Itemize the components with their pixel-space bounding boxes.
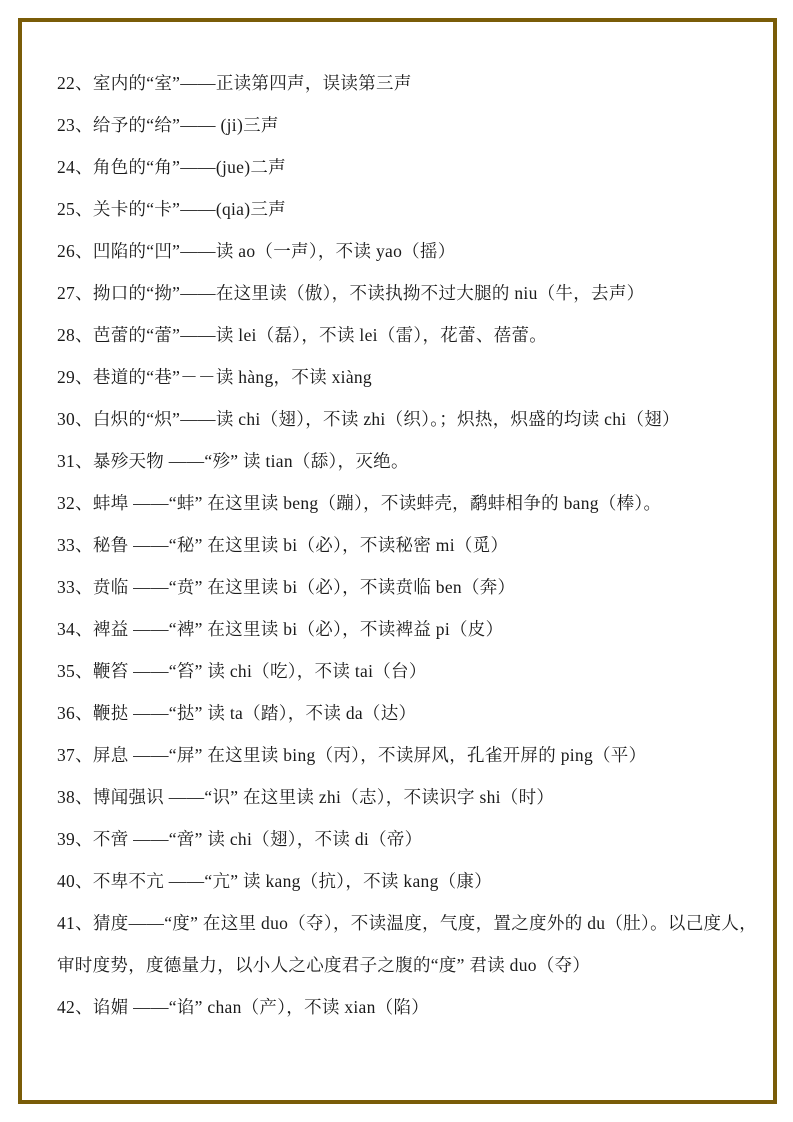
entry-36: 36、鞭挞 ——“挞” 读 ta（踏），不读 da（达） xyxy=(57,692,757,734)
entry-27: 27、拗口的“拗”——在这里读（傲），不读执拗不过大腿的 niu（牛，去声） xyxy=(57,272,757,314)
entry-23: 23、给予的“给”—— (ji)三声 xyxy=(57,104,757,146)
entry-32: 32、蚌埠 ——“蚌” 在这里读 beng（蹦），不读蚌壳，鹬蚌相争的 bang… xyxy=(57,482,757,524)
entry-31: 31、暴殄天物 ——“殄” 读 tian（舔），灭绝。 xyxy=(57,440,757,482)
pronunciation-list: 22、室内的“室”——正读第四声，误读第三声 23、给予的“给”—— (ji)三… xyxy=(57,62,757,1028)
entry-22: 22、室内的“室”——正读第四声，误读第三声 xyxy=(57,62,757,104)
entry-40: 40、不卑不亢 ——“亢” 读 kang（抗），不读 kang（康） xyxy=(57,860,757,902)
entry-33a: 33、秘鲁 ——“秘” 在这里读 bi（必），不读秘密 mi（觅） xyxy=(57,524,757,566)
entry-38: 38、博闻强识 ——“识” 在这里读 zhi（志），不读识字 shi（时） xyxy=(57,776,757,818)
entry-34: 34、裨益 ——“裨” 在这里读 bi（必），不读裨益 pi（皮） xyxy=(57,608,757,650)
entry-35: 35、鞭笞 ——“笞” 读 chi（吃），不读 tai（台） xyxy=(57,650,757,692)
entry-24: 24、角色的“角”——(jue)二声 xyxy=(57,146,757,188)
entry-37: 37、屏息 ——“屏” 在这里读 bing（丙），不读屏风，孔雀开屏的 ping… xyxy=(57,734,757,776)
entry-26: 26、凹陷的“凹”——读 ao（一声），不读 yao（摇） xyxy=(57,230,757,272)
entry-42: 42、谄媚 ——“谄” chan（产），不读 xian（陷） xyxy=(57,986,757,1028)
entry-30: 30、白炽的“炽”——读 chi（翅），不读 zhi（织）。；炽热，炽盛的均读 … xyxy=(57,398,757,440)
entry-25: 25、关卡的“卡”——(qia)三声 xyxy=(57,188,757,230)
entry-41: 41、猜度——“度” 在这里 duo（夺），不读温度，气度，置之度外的 du（肚… xyxy=(57,902,757,986)
entry-33b: 33、贲临 ——“贲” 在这里读 bi（必），不读贲临 ben（奔） xyxy=(57,566,757,608)
entry-28: 28、芭蕾的“蕾”——读 lei（磊），不读 lei（雷），花蕾、蓓蕾。 xyxy=(57,314,757,356)
entry-39: 39、不啻 ——“啻” 读 chi（翅），不读 di（帝） xyxy=(57,818,757,860)
entry-29: 29、巷道的“巷”－－读 hàng，不读 xiàng xyxy=(57,356,757,398)
